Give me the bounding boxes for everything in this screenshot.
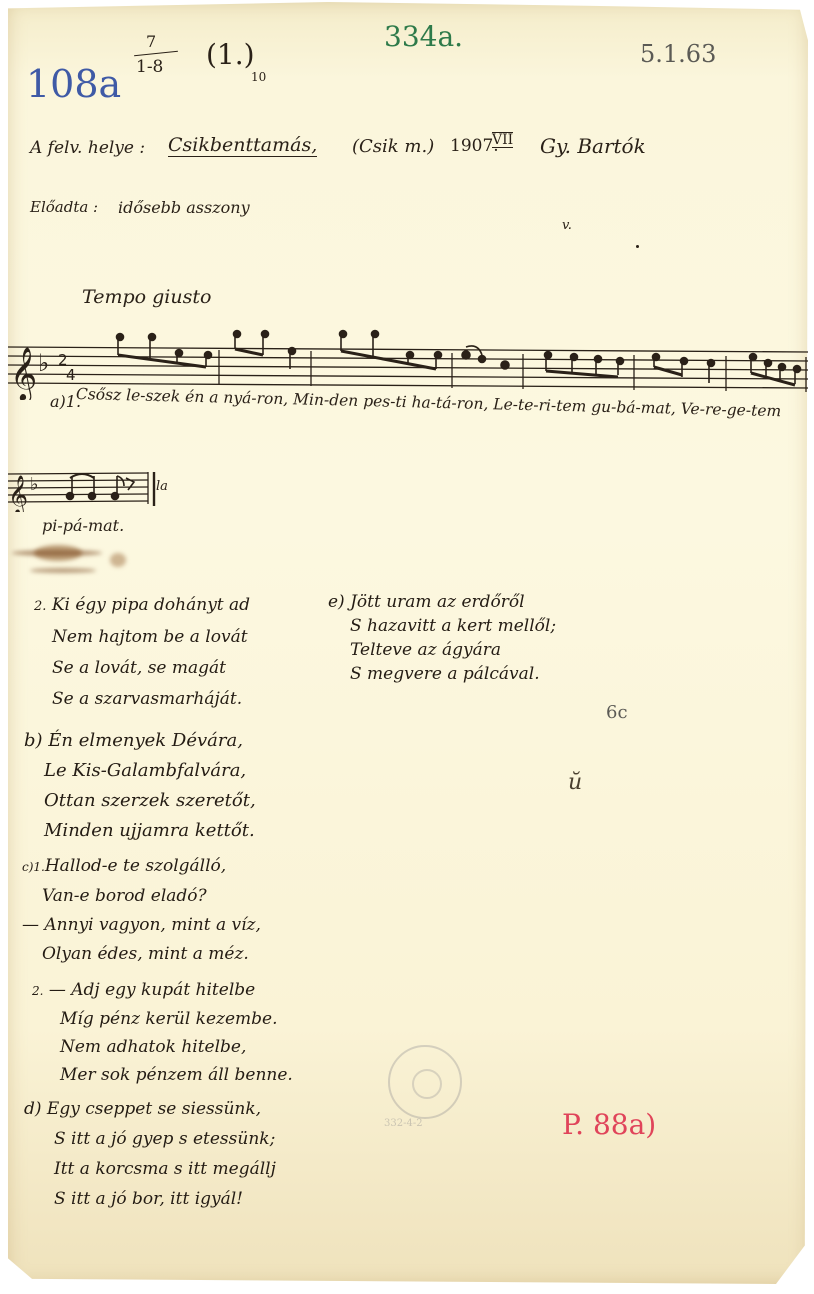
- ink-stain: [12, 550, 102, 556]
- stanza-line: — Annyi vagyon, mint a víz,: [22, 911, 261, 940]
- place-value: Csikbenttamás,: [168, 134, 317, 157]
- stanza-line: Olyan édes, mint a méz.: [22, 940, 261, 969]
- stanza-label: 2.: [32, 984, 43, 998]
- record-month: VII: [492, 132, 513, 148]
- stanza-line: Le Kis-Galambfalvára,: [24, 756, 256, 786]
- green-number: 334a.: [384, 20, 463, 53]
- stanza-a2: 2. Ki égy pipa dohányt ad Nem hajtom be …: [34, 590, 250, 715]
- place-label: A felv. helye :: [30, 138, 145, 158]
- svg-text:♭: ♭: [30, 474, 39, 495]
- stanza-line: S hazavitt a kert mellől;: [328, 614, 556, 638]
- stanza-line: Se a szarvasmarháját.: [34, 684, 250, 715]
- performer-label: Előadta :: [30, 198, 98, 216]
- stanza-line: b) Én elmenyek Dévára,: [24, 726, 256, 756]
- svg-text:4: 4: [66, 366, 76, 384]
- red-reference: P. 88a): [562, 1108, 656, 1141]
- ink-dot: [636, 245, 639, 248]
- breve-mark: ŭ: [568, 770, 582, 795]
- stanza-c2: 2. — Adj egy kupát hitelbe Míg pénz kerü…: [32, 976, 293, 1089]
- stanza-line: Míg pénz kerül kezembe.: [32, 1005, 293, 1033]
- county: (Csik m.): [352, 136, 434, 157]
- collector: Gy. Bartók: [540, 134, 646, 158]
- small-mark: v.: [562, 218, 572, 233]
- stanza-line: Nem hajtom be a lovát: [34, 622, 250, 653]
- stanza-line: Minden ujjamra kettőt.: [24, 816, 256, 846]
- stanza-line: Telteve az ágyára: [328, 638, 556, 662]
- svg-text:la: la: [156, 479, 168, 494]
- catalog-number: 108a: [26, 62, 121, 106]
- svg-text:𝄞: 𝄞: [8, 475, 28, 512]
- stanza-label: c)1.: [22, 860, 45, 874]
- tempo-marking: Tempo giusto: [82, 286, 211, 308]
- ink-stain: [30, 568, 96, 573]
- stanza-b: b) Én elmenyek Dévára, Le Kis-Galambfalv…: [24, 726, 256, 846]
- stanza-e: e) Jött uram az erdőről S hazavitt a ker…: [328, 590, 556, 686]
- library-stamp: [388, 1045, 462, 1119]
- stanza-label: 2.: [34, 599, 46, 614]
- stanza-line: Nem adhatok hitelbe,: [32, 1033, 293, 1061]
- pencil-mark: 6c: [606, 702, 628, 723]
- stanza-line: Van-e borod eladó?: [22, 882, 261, 911]
- stanza-label: d): [24, 1099, 42, 1119]
- fraction-bottom: 1-8: [136, 57, 163, 77]
- stanza-line: 2. — Adj egy kupát hitelbe: [32, 976, 293, 1005]
- svg-text:♭: ♭: [38, 349, 49, 377]
- stanza-line: Ottan szerzek szeretőt,: [24, 786, 256, 816]
- stanza-line: 2. Ki égy pipa dohányt ad: [34, 590, 250, 622]
- stanza-line: Itt a korcsma s itt megállj: [24, 1154, 276, 1184]
- lyrics-line-2: pi-pá-mat.: [42, 516, 124, 535]
- music-staff-2: 𝄞 ♭ la: [8, 468, 178, 512]
- stanza-line: d) Egy cseppet se siessünk,: [24, 1094, 276, 1124]
- stanza-line: e) Jött uram az erdőről: [328, 590, 556, 614]
- stanza-d: d) Egy cseppet se siessünk, S itt a jó g…: [24, 1094, 276, 1214]
- stanza-c1: c)1.Hallod-e te szolgálló, Van-e borod e…: [22, 852, 261, 969]
- stanza-line: S megvere a pálcával.: [328, 662, 556, 686]
- date-code: 5.1.63: [640, 40, 716, 68]
- svg-text:𝄞: 𝄞: [10, 346, 37, 400]
- subscript-mark: 10: [251, 70, 266, 84]
- stanza-label: e): [328, 592, 345, 612]
- stanza-line: S itt a jó gyep s etessünk;: [24, 1124, 276, 1154]
- stanza-line: c)1.Hallod-e te szolgálló,: [22, 852, 261, 882]
- fraction-top: 7: [146, 32, 156, 51]
- ink-stain: [110, 553, 126, 567]
- stamp-number: 332-4-2: [384, 1118, 423, 1129]
- performer-value: idősebb asszony: [118, 198, 250, 217]
- paren-mark: (1.): [206, 38, 255, 71]
- stanza-line: Se a lovát, se magát: [34, 653, 250, 684]
- stanza-line: Mer sok pénzem áll benne.: [32, 1061, 293, 1089]
- stanza-line: S itt a jó bor, itt igyál!: [24, 1184, 276, 1214]
- stanza-label: b): [24, 730, 43, 751]
